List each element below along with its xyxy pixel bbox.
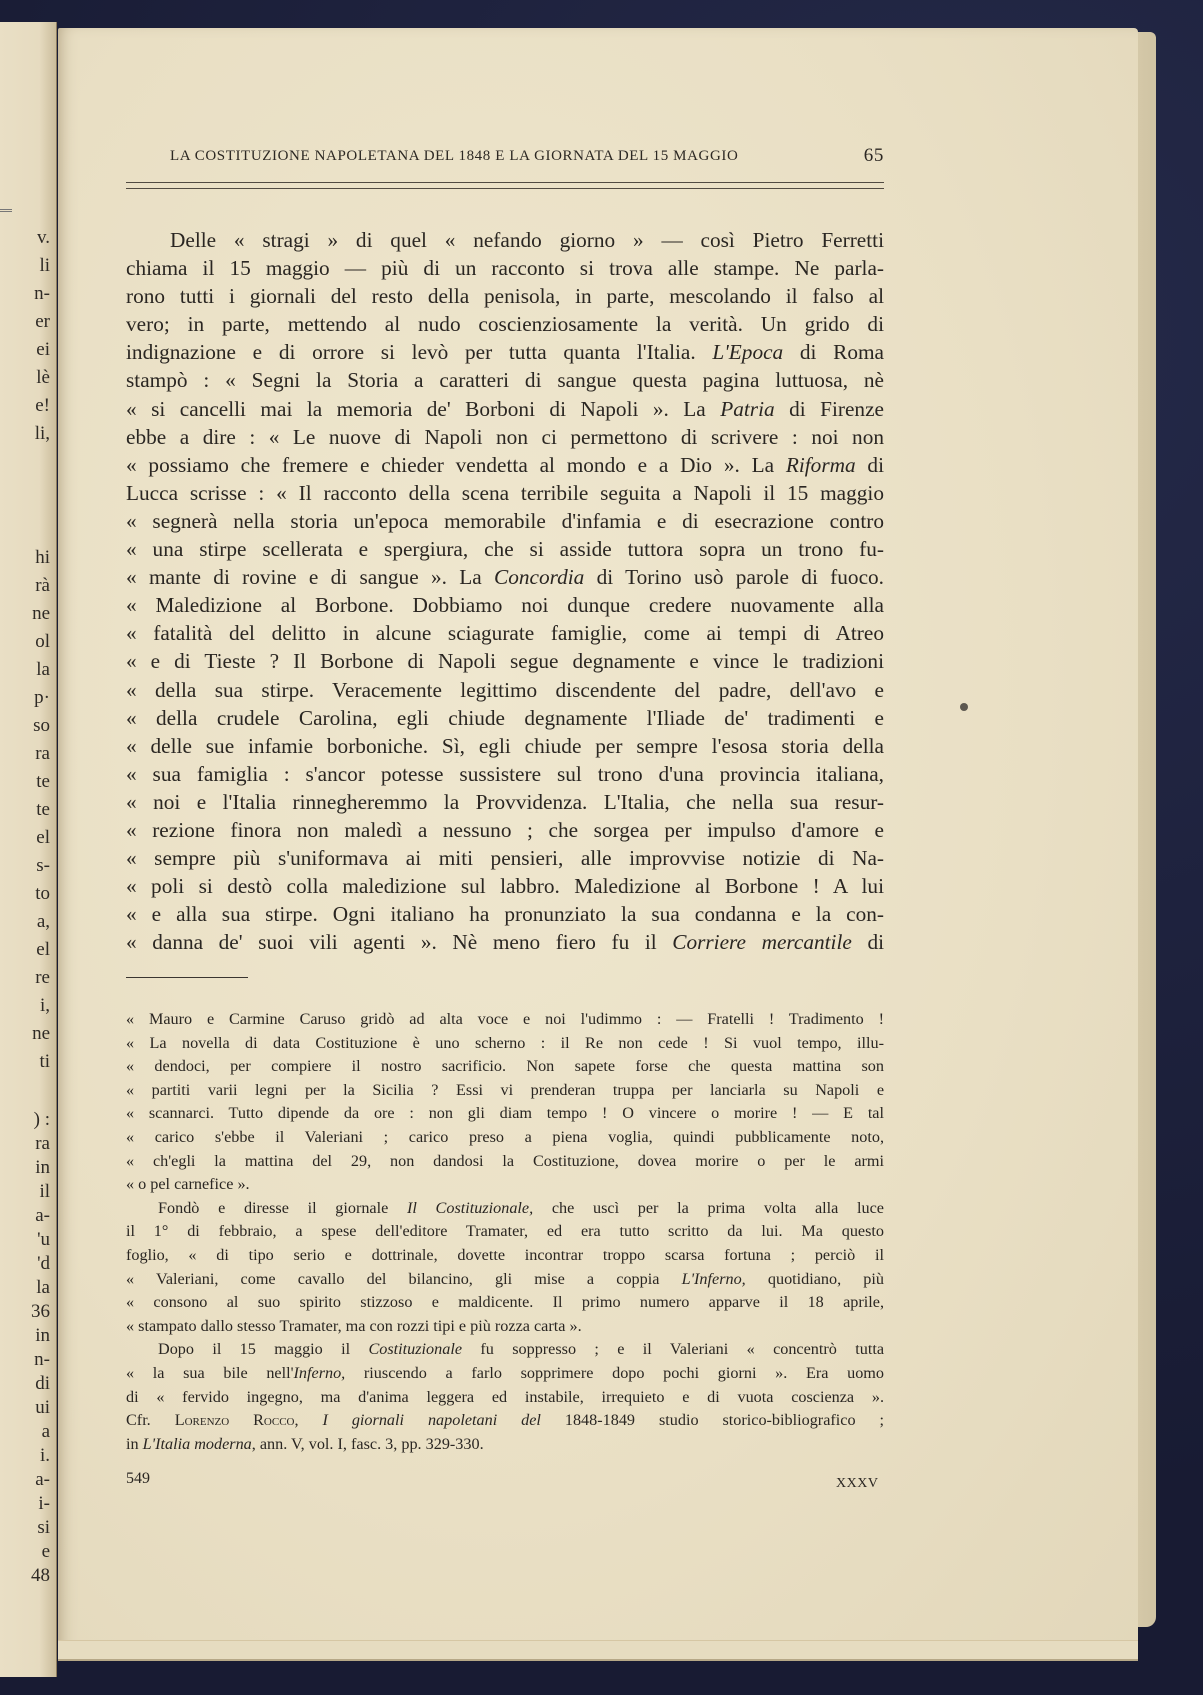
left-page-fragment: e! [35, 396, 50, 415]
footnote-line: in L'Italia moderna, ann. V, vol. I, fas… [126, 1433, 884, 1457]
body-line: « segnerà nella storia un'epoca memorabi… [126, 507, 884, 535]
left-page-sliver: v.lin-ereilèe!li,hiràneollap·sorateteels… [0, 22, 57, 1677]
italic-title: L'Inferno, [682, 1270, 746, 1288]
left-page-fragment: in [35, 1326, 50, 1345]
signature-mark: 549 [126, 1470, 150, 1488]
left-page-fragment: il [39, 1182, 50, 1201]
left-page-fragment: di [35, 1374, 50, 1393]
left-page-fragment: a- [35, 1470, 50, 1489]
body-line: « possiamo che fremere e chieder vendett… [126, 451, 884, 479]
body-line: « sempre più s'uniformava ai miti pensie… [126, 844, 884, 872]
left-page-fragment: la [36, 660, 50, 679]
small-caps-author: Lorenzo Rocco, [175, 1411, 299, 1429]
body-line: « e di Tieste ? Il Borbone di Napoli seg… [126, 647, 884, 675]
left-page-fragment: p· [34, 688, 50, 707]
left-page-fragment: ei [36, 340, 50, 359]
left-page-fragment: er [35, 312, 50, 331]
footnote-line: « partiti varii legni per la Sicilia ? E… [126, 1079, 884, 1103]
left-page-fragment: 'd [37, 1254, 50, 1273]
left-page-fragment: ne [32, 1024, 50, 1043]
signature-roman: XXXV [836, 1476, 878, 1492]
left-page-fragment: el [36, 828, 50, 847]
footnote-line: « La novella di data Costituzione è uno … [126, 1032, 884, 1056]
left-page-fragment: lè [36, 368, 50, 387]
left-page-fragment: ne [32, 604, 50, 623]
page-number: 65 [864, 145, 884, 167]
left-page-fragment: ti [39, 1052, 50, 1071]
left-page-fragment: si [37, 1518, 50, 1537]
left-page-fragment: 'u [37, 1230, 50, 1249]
body-line: « si cancelli mai la memoria de' Borboni… [126, 395, 884, 423]
italic-title: Corriere mercantile [672, 930, 852, 954]
left-page-fragment: in [35, 1158, 50, 1177]
italic-title: Il Costituzionale, [407, 1199, 533, 1217]
left-page-fragment: el [36, 940, 50, 959]
footnotes: « Mauro e Carmine Caruso gridò ad alta v… [126, 1008, 884, 1456]
left-page-fragment: so [33, 716, 50, 735]
left-page-fragment: e [42, 1542, 50, 1561]
header-rule [126, 182, 884, 189]
running-head-title: LA COSTITUZIONE NAPOLETANA DEL 1848 E LA… [170, 148, 738, 165]
left-page-fragment: ra [35, 744, 50, 763]
footnote-line: di « fervido ingegno, ma d'anima leggera… [126, 1386, 884, 1410]
footnote-line: il 1° di febbraio, a spese dell'editore … [126, 1220, 884, 1244]
body-line: « e alla sua stirpe. Ogni italiano ha pr… [126, 900, 884, 928]
left-page-fragment: re [35, 968, 50, 987]
left-page-fragment: 36 [31, 1302, 50, 1321]
body-line: chiama il 15 maggio — più di un racconto… [126, 254, 884, 282]
left-page-fragment: ol [35, 632, 50, 651]
left-page-fragment: a- [35, 1206, 50, 1225]
body-line: « della crudele Carolina, egli chiude de… [126, 704, 884, 732]
footnote-line: « Valeriani, come cavallo del bilancino,… [126, 1268, 884, 1292]
body-line: « poli si destò colla maledizione sul la… [126, 872, 884, 900]
body-line: ebbe a dire : « Le nuove di Napoli non c… [126, 423, 884, 451]
body-line: « sua famiglia : s'ancor potesse sussist… [126, 760, 884, 788]
page-bottom-edge [58, 1640, 1138, 1661]
left-page-fragment: 48 [31, 1566, 50, 1585]
body-line: « danna de' suoi vili agenti ». Nè meno … [126, 928, 884, 956]
italic-title: Inferno, [294, 1364, 346, 1382]
body-text: Delle « stragi » di quel « nefando giorn… [126, 226, 884, 956]
left-page-fragment: la [36, 1278, 50, 1297]
left-page-fragment: i- [38, 1494, 50, 1513]
body-line: stampò : « Segni la Storia a caratteri d… [126, 366, 884, 394]
left-page-fragment: n- [34, 284, 50, 303]
italic-title: Patria [720, 397, 774, 421]
margin-mark [960, 703, 968, 711]
left-page-rule [0, 209, 12, 212]
body-line: indignazione e di orrore si levò per tut… [126, 338, 884, 366]
body-line: « una stirpe scellerata e spergiura, che… [126, 535, 884, 563]
footnote-line: « la sua bile nell'Inferno, riuscendo a … [126, 1362, 884, 1386]
footnote-line: « o pel carnefice ». [126, 1173, 884, 1197]
footnote-line: Dopo il 15 maggio il Costituzionale fu s… [126, 1338, 884, 1362]
left-page-fragment: a [42, 1422, 50, 1441]
body-line: « fatalità del delitto in alcune sciagur… [126, 619, 884, 647]
left-page-fragment: li [39, 256, 50, 275]
body-line: Delle « stragi » di quel « nefando giorn… [126, 226, 884, 254]
body-line: Lucca scrisse : « Il racconto della scen… [126, 479, 884, 507]
left-page-fragment: i. [40, 1446, 50, 1465]
left-page-fragment: a, [37, 912, 50, 931]
italic-title: I giornali napoletani del [299, 1411, 541, 1429]
left-page-fragment: n- [34, 1350, 50, 1369]
left-page-fragment: te [36, 772, 50, 791]
footnote-line: foglio, « di tipo serio e dottrinale, do… [126, 1244, 884, 1268]
body-line: vero; in parte, mettendo al nudo coscien… [126, 310, 884, 338]
body-line: « noi e l'Italia rinnegheremmo la Provvi… [126, 788, 884, 816]
footnote-line: « Mauro e Carmine Caruso gridò ad alta v… [126, 1008, 884, 1032]
body-line: « Maledizione al Borbone. Dobbiamo noi d… [126, 591, 884, 619]
footnote-line: « dendoci, per compiere il nostro sacrif… [126, 1055, 884, 1079]
left-page-fragment: s- [36, 856, 50, 875]
footnote-line: « ch'egli la mattina del 29, non dandosi… [126, 1150, 884, 1174]
body-line: « delle sue infamie borboniche. Sì, egli… [126, 732, 884, 760]
left-page-fragment: ra [35, 1134, 50, 1153]
left-page-fragment: te [36, 800, 50, 819]
footnote-line: « consono al suo spirito stizzoso e mald… [126, 1291, 884, 1315]
left-page-fragment: hi [35, 548, 50, 567]
body-line: « della sua stirpe. Veracemente legittim… [126, 676, 884, 704]
left-page-fragment: ) : [34, 1110, 50, 1129]
body-line: « mante di rovine e di sangue ». La Conc… [126, 563, 884, 591]
body-line: rono tutti i giornali del resto della pe… [126, 282, 884, 310]
footnote-line: « carico s'ebbe il Valeriani ; carico pr… [126, 1126, 884, 1150]
left-page-fragment: i, [40, 996, 50, 1015]
left-page-fragment: v. [37, 228, 50, 247]
italic-title: Costituzionale [368, 1340, 462, 1358]
footnote-line: « scannarci. Tutto dipende da ore : non … [126, 1102, 884, 1126]
footnote-line: Cfr. Lorenzo Rocco, I giornali napoletan… [126, 1409, 884, 1433]
italic-title: L'Epoca [712, 340, 783, 364]
left-page-fragment: ui [35, 1398, 50, 1417]
footnote-line: « stampato dallo stesso Tramater, ma con… [126, 1315, 884, 1339]
footnote-rule [126, 977, 248, 978]
footnote-line: Fondò e diresse il giornale Il Costituzi… [126, 1197, 884, 1221]
italic-title: L'Italia moderna [143, 1435, 252, 1453]
left-page-fragment: to [35, 884, 50, 903]
italic-title: Riforma [786, 453, 856, 477]
body-line: « rezione finora non maledì a nessuno ; … [126, 816, 884, 844]
left-page-fragment: rà [35, 576, 50, 595]
left-page-fragment: li, [35, 424, 50, 443]
italic-title: Concordia [494, 565, 584, 589]
